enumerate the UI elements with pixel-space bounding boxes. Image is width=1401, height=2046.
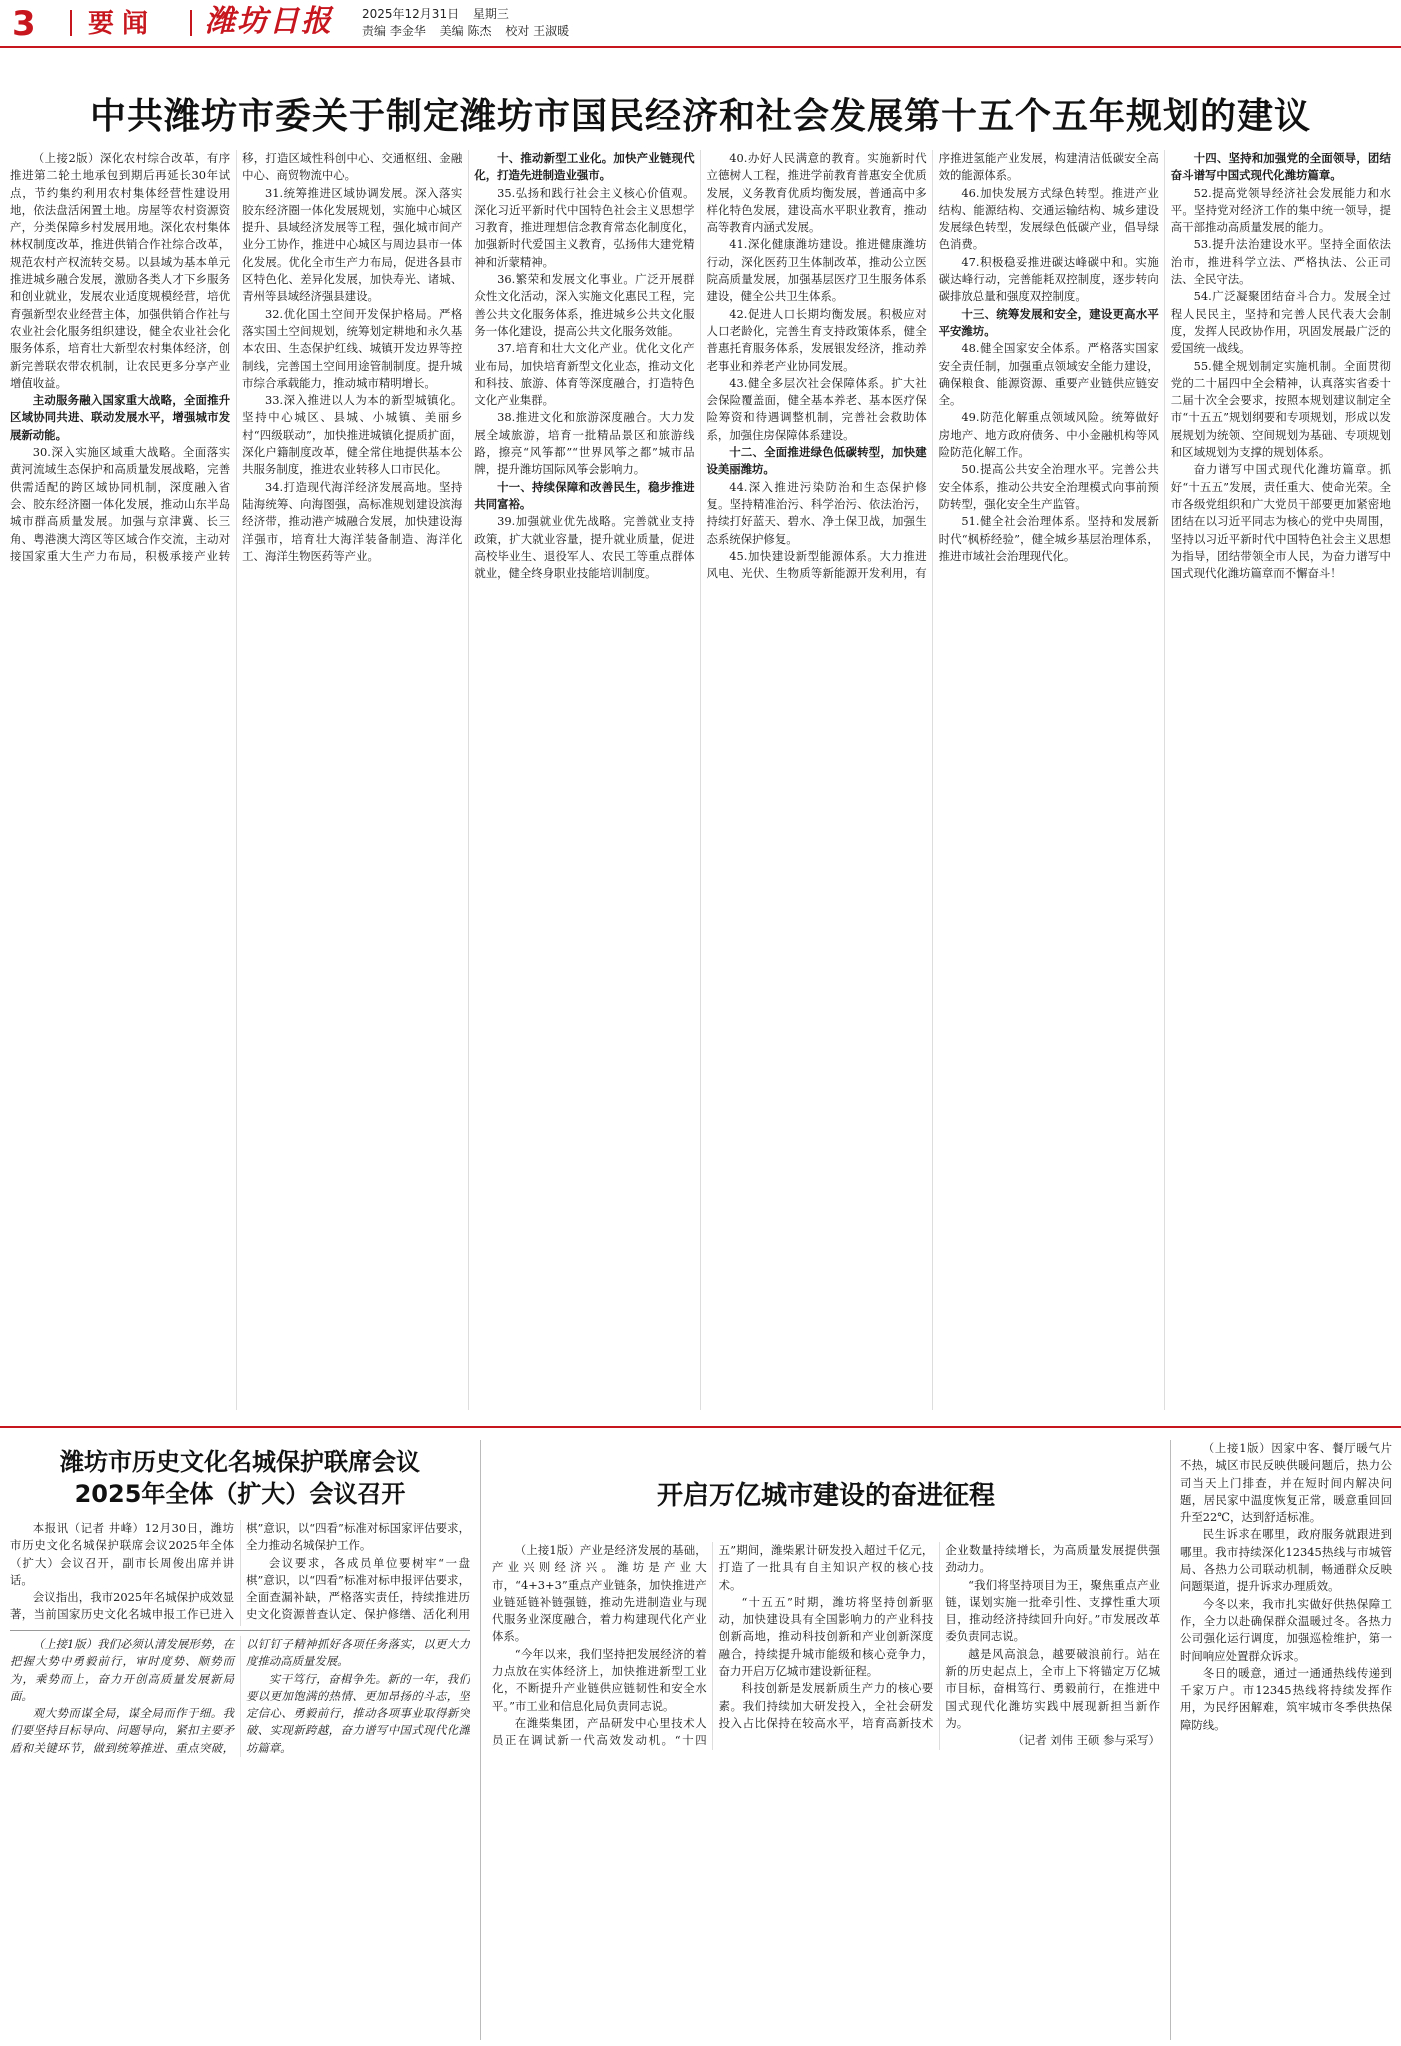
paragraph: 41.深化健康潍坊建设。推进健康潍坊行动，深化医药卫生体制改革，推动公立医院高质…	[706, 236, 926, 305]
paragraph: “十五五”时期，潍坊将坚持创新驱动，加快建设具有全国影响力的产业科技创新高地，推…	[719, 1594, 934, 1680]
paragraph: 47.积极稳妥推进碳达峰碳中和。实施碳达峰行动，完善能耗双控制度，逐步转向碳排放…	[939, 254, 1159, 306]
paragraph: 54.广泛凝聚团结奋斗合力。发展全过程人民民主，坚持和完善人民代表大会制度，发挥…	[1171, 288, 1391, 357]
issue-weekday: 星期三	[473, 7, 509, 21]
paragraph: 53.提升法治建设水平。坚持全面依法治市，推进科学立法、严格执法、公正司法、全民…	[1171, 236, 1391, 288]
paper-logo: 潍坊日报	[205, 2, 333, 42]
byline: （记者 刘伟 王硕 参与采写）	[945, 1732, 1160, 1749]
section-heading: 十一、持续保障和改善民生，稳步推进共同富裕。	[474, 479, 694, 514]
paragraph: 51.健全社会治理体系。坚持和发展新时代“枫桥经验”，健全城乡基层治理体系，推进…	[939, 513, 1159, 565]
paragraph: 越是风高浪急，越要破浪前行。站在新的历史起点上，全市上下将锚定万亿城市目标，奋楫…	[945, 1646, 1160, 1732]
paragraph: 48.健全国家安全体系。严格落实国家安全责任制，加强重点领域安全能力建设，确保粮…	[939, 340, 1159, 409]
paragraph: 52.提高党领导经济社会发展能力和水平。坚持党对经济工作的集中统一领导，提高干部…	[1171, 185, 1391, 237]
proofreader-credit: 校对 王淑暖	[505, 24, 569, 38]
section-heading: 十四、坚持和加强党的全面领导，团结奋斗谱写中国式现代化潍坊篇章。	[1171, 150, 1391, 185]
main-article-headline: 中共潍坊市委关于制定潍坊市国民经济和社会发展第十五个五年规划的建议	[0, 88, 1401, 139]
masthead-meta: 2025年12月31日 星期三 责编 李金华 美编 陈杰 校对 王淑暖	[362, 6, 579, 40]
designer-credit: 美编 陈杰	[440, 24, 492, 38]
masthead-divider	[70, 10, 72, 36]
story-heating-hotline: （上接1版）因家中客、餐厅暖气片不热，城区市民反映供暖问题后，热力公司当天上门排…	[1180, 1440, 1392, 2040]
section-heading: 十三、统筹发展和安全，建设更高水平平安潍坊。	[939, 306, 1159, 341]
paragraph: （上接1版）我们必须认清发展形势，在把握大势中勇毅前行，审时度势、顺势而为，乘势…	[10, 1636, 234, 1705]
paragraph: 50.提高公共安全治理水平。完善公共安全体系，推动公共安全治理模式向事前预防转型…	[939, 461, 1159, 513]
editor-credit: 责编 李金华	[362, 24, 426, 38]
paragraph: 民生诉求在哪里，政府服务就跟进到哪里。我市持续深化12345热线与市城管局、各热…	[1180, 1526, 1392, 1595]
page-number: 3	[12, 4, 36, 44]
paragraph: （上接1版）因家中客、餐厅暖气片不热，城区市民反映供暖问题后，热力公司当天上门排…	[1180, 1440, 1392, 1526]
paragraph: 49.防范化解重点领域风险。统筹做好房地产、地方政府债务、中小金融机构等风险防范…	[939, 409, 1159, 461]
section-heading: 十、推动新型工业化。加快产业链现代化，打造先进制造业强市。	[474, 150, 694, 185]
paragraph: 33.深入推进以人为本的新型城镇化。坚持中心城区、县城、小城镇、美丽乡村“四级联…	[242, 392, 462, 478]
column-rule	[1170, 1440, 1171, 2040]
section-heading: 主动服务融入国家重大战略，全面推升区域协同共进、联动发展水平，增强城市发展新动能…	[10, 392, 230, 444]
story-divider	[10, 1630, 470, 1631]
paragraph: 本报讯（记者 井峰）12月30日，潍坊市历史文化名城保护联席会议2025年全体（…	[10, 1520, 234, 1589]
paragraph: 42.促进人口长期均衡发展。积极应对人口老龄化，完善生育支持政策体系，健全普惠托…	[706, 306, 926, 375]
paragraph: 37.培育和壮大文化产业。优化文化产业布局，加快培育新型文化业态，推动文化和科技…	[474, 340, 694, 409]
paragraph: 会议要求，各成员单位要树牢“一盘棋”意识，以“四看”标准对标申报评估要求，全面查…	[246, 1555, 470, 1626]
main-article-body: （上接2版）深化农村综合改革，有序推进第二轮土地承包到期后再延长30年试点，节约…	[10, 150, 1391, 1410]
paragraph: “今年以来，我们坚持把发展经济的着力点放在实体经济上，加快推进新型工业化，不断提…	[492, 1646, 707, 1715]
story-body: （上接1版）因家中客、餐厅暖气片不热，城区市民反映供暖问题后，热力公司当天上门排…	[1180, 1440, 1392, 1734]
paragraph: 实干笃行，奋楫争先。新的一年，我们要以更加饱满的热情、更加昂扬的斗志，坚定信心、…	[246, 1671, 470, 1757]
story-heritage-city: 潍坊市历史文化名城保护联席会议 2025年全体（扩大）会议召开 本报讯（记者 井…	[10, 1440, 470, 1626]
paragraph: 冬日的暖意，通过一通通热线传递到千家万户。市12345热线将持续发挥作用，为民纾…	[1180, 1665, 1392, 1734]
paragraph: 34.打造现代海洋经济发展高地。坚持陆海统筹、向海图强，高标准规划建设滨海经济带…	[242, 479, 462, 565]
paragraph: 43.健全多层次社会保障体系。扩大社会保险覆盖面，健全基本养老、基本医疗保险筹资…	[706, 375, 926, 444]
paragraph: 44.深入推进污染防治和生态保护修复。坚持精准治污、科学治污、依法治污，持续打好…	[706, 479, 926, 548]
paragraph: “我们将坚持项目为王，聚焦重点产业链，谋划实施一批牵引性、支撑性重大项目，推动经…	[945, 1577, 1160, 1646]
masthead-divider	[190, 10, 192, 36]
section-heading: 十二、全面推进绿色低碳转型，加快建设美丽潍坊。	[706, 444, 926, 479]
story-headline-line1: 潍坊市历史文化名城保护联席会议	[10, 1446, 470, 1478]
paragraph: 38.推进文化和旅游深度融合。大力发展全域旅游，培育一批精品景区和旅游线路，擦亮…	[474, 409, 694, 478]
paragraph: 今冬以来，我市扎实做好供热保障工作，全力以赴确保群众温暖过冬。各热力公司强化运行…	[1180, 1596, 1392, 1665]
paragraph: 奋力谱写中国式现代化潍坊篇章。抓好“十五五”发展，责任重大、使命光荣。全市各级党…	[1171, 461, 1391, 582]
masthead: 3 要闻 潍坊日报 2025年12月31日 星期三 责编 李金华 美编 陈杰 校…	[0, 0, 1401, 48]
paragraph: 40.办好人民满意的教育。实施新时代立德树人工程，推进学前教育普惠安全优质发展，…	[706, 150, 926, 236]
story-headline-line2: 2025年全体（扩大）会议召开	[10, 1478, 470, 1510]
column-rule	[480, 1440, 481, 2040]
story-headline: 开启万亿城市建设的奋进征程	[492, 1476, 1160, 1516]
story-body: （上接1版）我们必须认清发展形势，在把握大势中勇毅前行，审时度势、顺势而为，乘势…	[10, 1636, 470, 1757]
paragraph: 55.健全规划制定实施机制。全面贯彻党的二十届四中全会精神，认真落实省委十二届十…	[1171, 358, 1391, 462]
paragraph: （上接2版）深化农村综合改革，有序推进第二轮土地承包到期后再延长30年试点，节约…	[10, 150, 230, 392]
section-name: 要闻	[88, 6, 156, 42]
story-editorial-continued: （上接1版）我们必须认清发展形势，在把握大势中勇毅前行，审时度势、顺势而为，乘势…	[10, 1636, 470, 2041]
story-body: 本报讯（记者 井峰）12月30日，潍坊市历史文化名城保护联席会议2025年全体（…	[10, 1520, 470, 1626]
paragraph: 31.统筹推进区域协调发展。深入落实胶东经济圈一体化发展规划，实施中心城区提升、…	[242, 185, 462, 306]
paragraph: 46.加快发展方式绿色转型。推进产业结构、能源结构、交通运输结构、城乡建设发展绿…	[939, 185, 1159, 254]
story-trillion-city: 开启万亿城市建设的奋进征程 （上接1版）产业是经济发展的基础，产业兴则经济兴。潍…	[492, 1440, 1160, 2040]
paragraph: 39.加强就业优先战略。完善就业支持政策，扩大就业容量，提升就业质量，促进高校毕…	[474, 513, 694, 582]
paragraph: 36.繁荣和发展文化事业。广泛开展群众性文化活动，深入实施文化惠民工程，完善公共…	[474, 271, 694, 340]
paragraph: 32.优化国土空间开发保护格局。严格落实国土空间规划，统筹划定耕地和永久基本农田…	[242, 306, 462, 392]
paragraph: 35.弘扬和践行社会主义核心价值观。深化习近平新时代中国特色社会主义思想学习教育…	[474, 185, 694, 271]
paragraph: （上接1版）产业是经济发展的基础，产业兴则经济兴。潍坊是产业大市，“4+3+3”…	[492, 1542, 707, 1646]
story-body: （上接1版）产业是经济发展的基础，产业兴则经济兴。潍坊是产业大市，“4+3+3”…	[492, 1542, 1160, 1750]
section-divider	[0, 1426, 1401, 1428]
issue-date: 2025年12月31日	[362, 7, 459, 21]
